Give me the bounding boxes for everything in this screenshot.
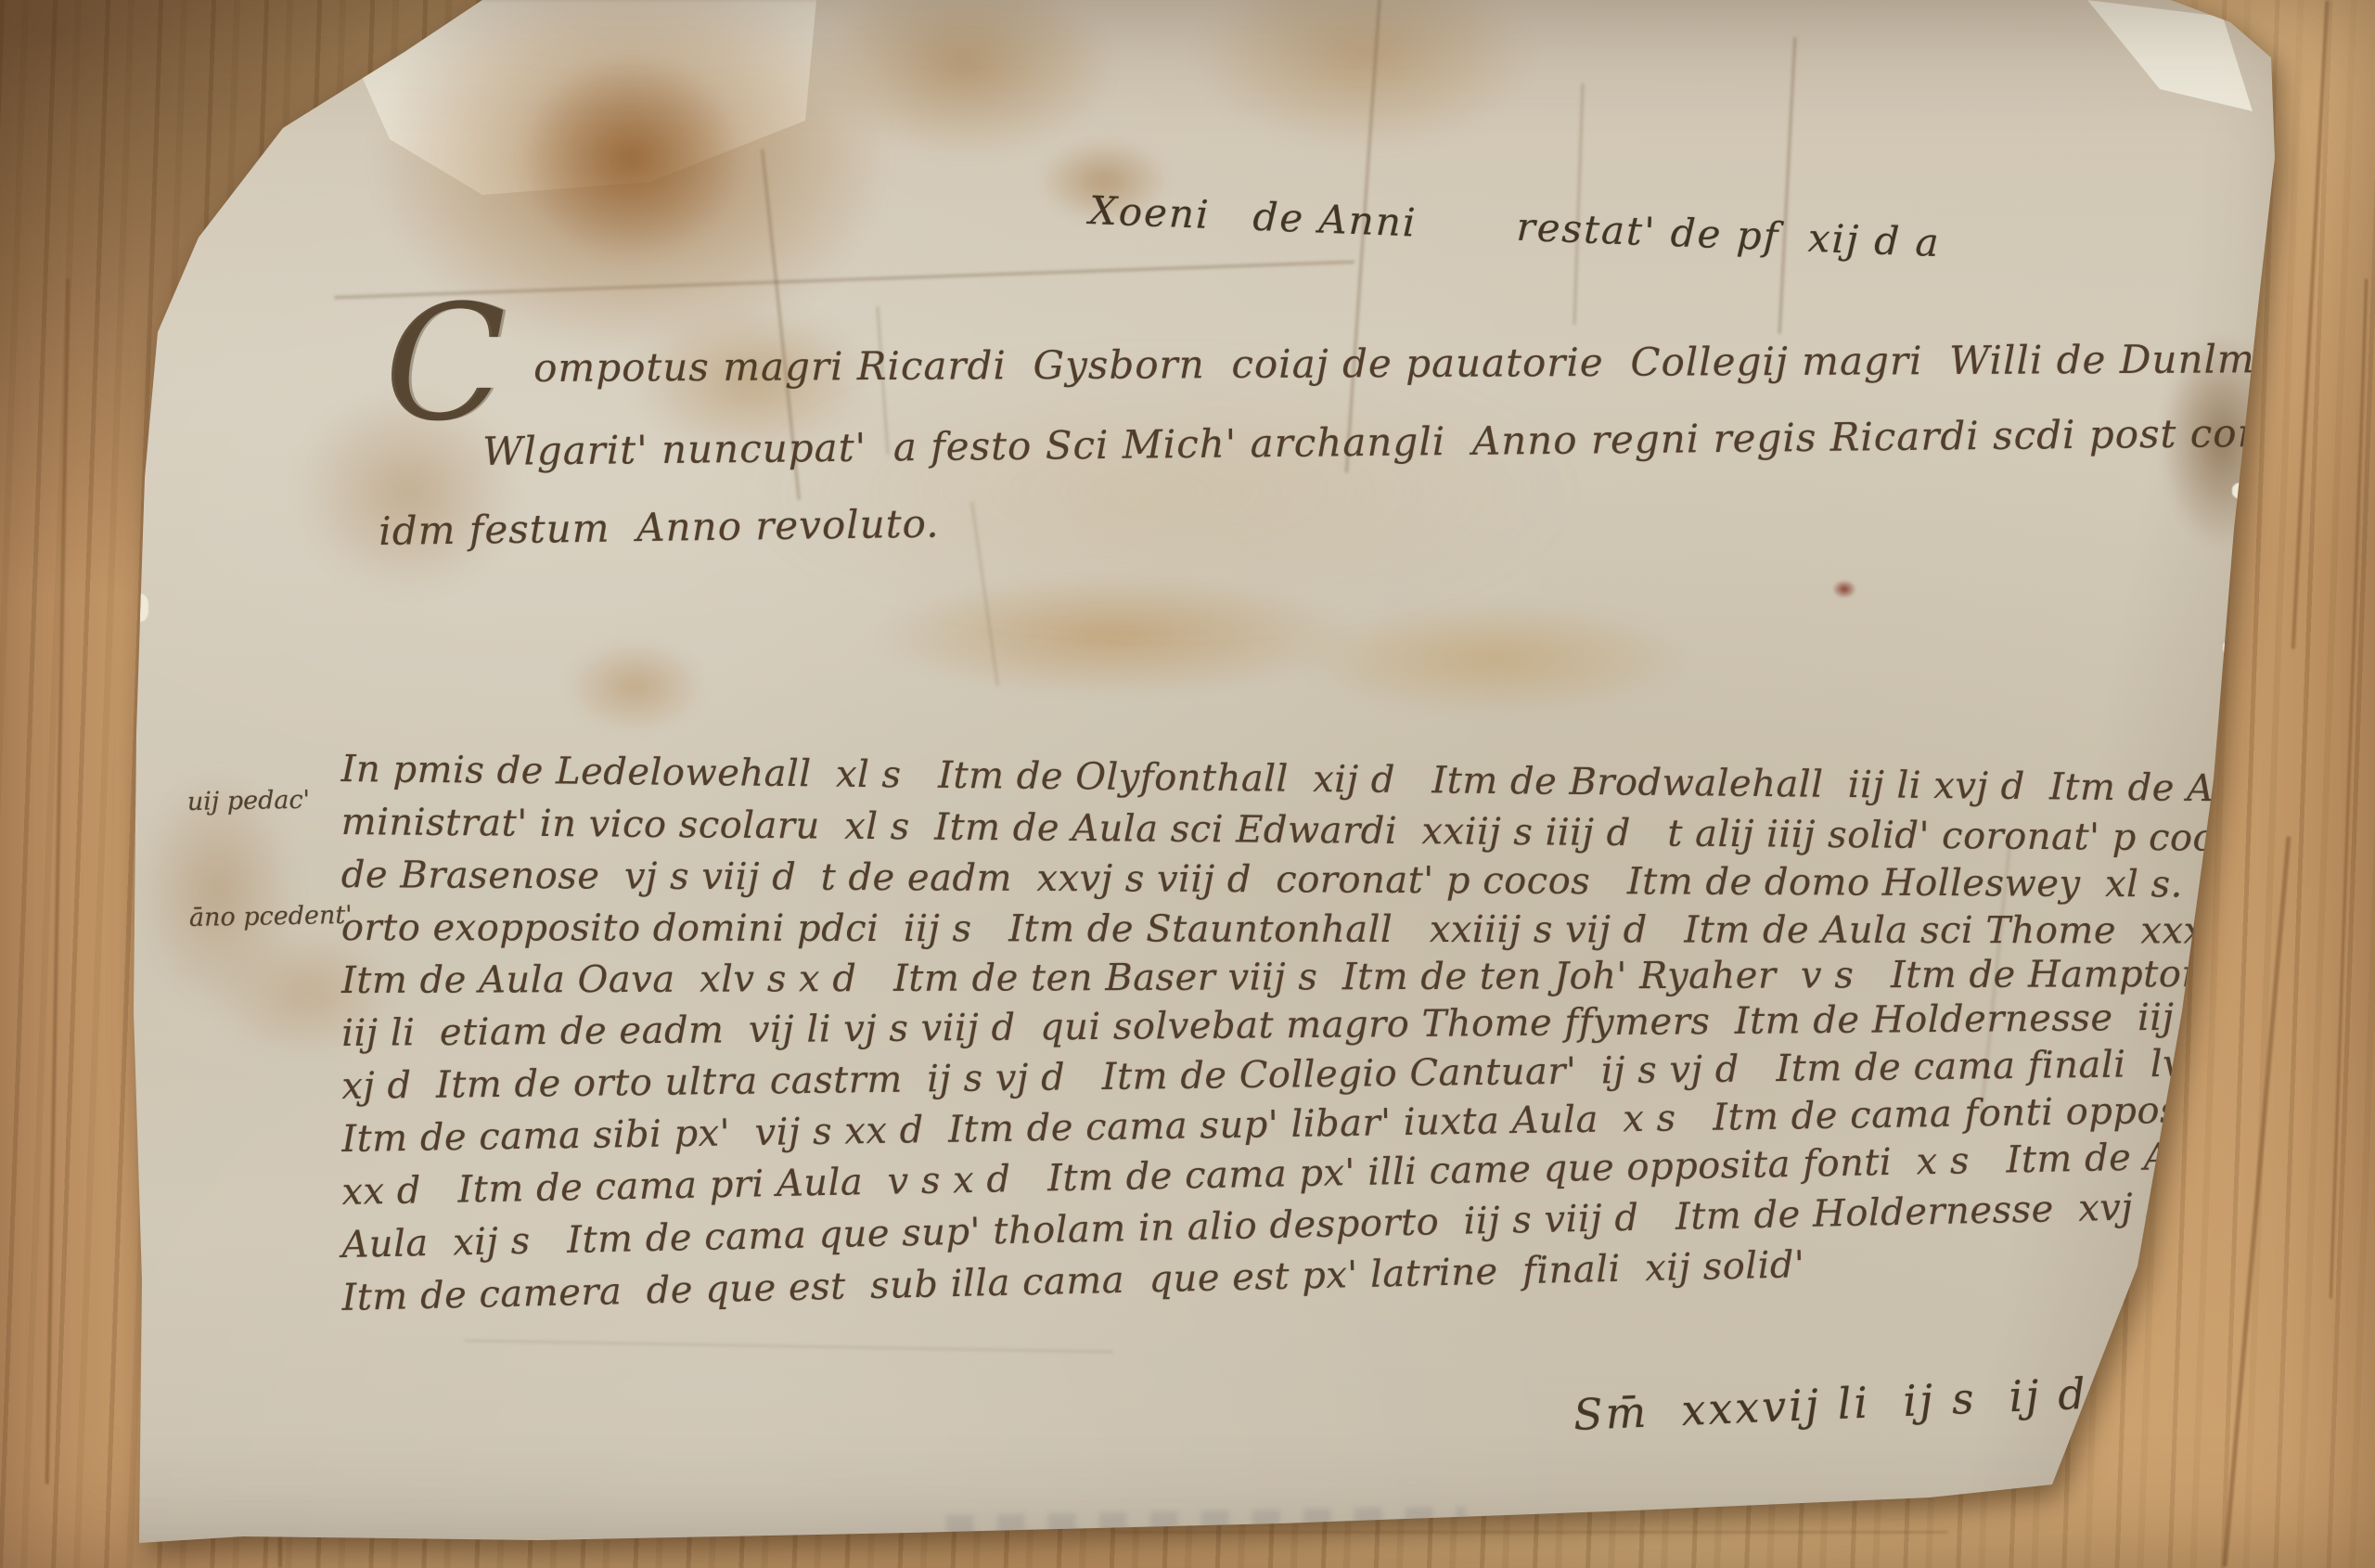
crease-line — [464, 1340, 1113, 1353]
crease-line — [1778, 37, 1797, 334]
account-line: Itm de Aula Oava xlv s x d Itm de ten Ba… — [341, 953, 2290, 1002]
heading-line-3: idm festum Anno revoluto. — [379, 501, 940, 554]
account-line: ministrat' in vico scolaru xl s Itm de A… — [341, 801, 2347, 861]
torn-edge-chip — [2232, 482, 2256, 499]
bleed-through-text-ghost — [946, 1506, 1467, 1554]
stain — [520, 56, 742, 260]
account-line: orto exopposito domini pdci iij s Itm de… — [341, 906, 2295, 953]
parchment-document: Xoeni de Anni restat' de pf xij d a C om… — [0, 0, 2375, 1568]
parchment-fold-flap — [0, 0, 2375, 371]
torn-edge-chip — [130, 594, 148, 622]
endorsement-note: Xoeni de Anni restat' de pf xij d a — [1088, 187, 1941, 265]
photograph-of-manuscript: Xoeni de Anni restat' de pf xij d a C om… — [0, 0, 2375, 1568]
stain — [1197, 0, 1531, 148]
account-line: In pmis de Ledelowehall xl s Itm de Olyf… — [341, 748, 2274, 811]
decorated-initial: C — [384, 284, 507, 443]
stain — [742, 353, 1577, 631]
crease-line — [1573, 84, 1584, 325]
parchment-wrapper: Xoeni de Anni restat' de pf xij d a C om… — [0, 0, 2375, 1568]
stain — [1832, 580, 1856, 598]
account-line: de Brasenose vj s viij d t de eadm xxvj … — [341, 854, 2332, 906]
stain — [566, 640, 705, 733]
stain — [1299, 603, 1688, 714]
margin-annotation-line-1: uij pedac' — [186, 780, 350, 822]
margin-annotation: uij pedac' āno pcedent' — [186, 702, 353, 1016]
torn-edge-chip — [2223, 640, 2243, 655]
margin-annotation-line-2: āno pcedent' — [189, 896, 353, 938]
sum-total: Sm̄ xxxvij li ij s ij d — [1573, 1369, 2089, 1440]
